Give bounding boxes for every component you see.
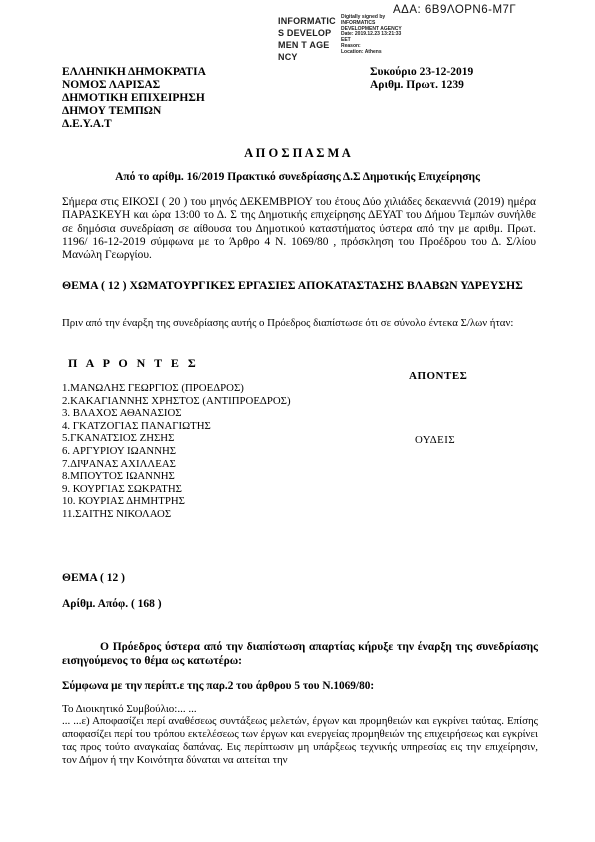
reference-block: Συκούριο 23-12-2019 Αριθμ. Πρωτ. 1239 xyxy=(370,66,473,92)
decision-number-line: Αρίθμ. Απόφ. ( 168 ) xyxy=(62,598,162,610)
absent-heading: ΑΠΟΝΤΕΣ xyxy=(409,370,467,382)
present-member: 9. ΚΟΥΡΓΙΑΣ ΣΩΚΡΑΤΗΣ xyxy=(62,483,291,496)
org-header: ΕΛΛΗΝΙΚΗ ΔΗΜΟΚΡΑΤΙΑ ΝΟΜΟΣ ΛΑΡΙΣΑΣ ΔΗΜΟΤΙ… xyxy=(62,66,206,131)
board-line: Το Διοικητικό Συμβούλιο:... ... xyxy=(62,703,538,715)
intro-paragraph: Σήμερα στις ΕΙΚΟΣΙ ( 20 ) του μηνός ΔΕΚΕ… xyxy=(62,196,536,262)
present-member: 10. ΚΟΥΡΙΑΣ ΔΗΜΗΤΡΗΣ xyxy=(62,495,291,508)
opening-paragraph: Ο Πρόεδρος ύστερα από την διαπίστωση απα… xyxy=(62,641,538,668)
org-header-line: ΔΗΜΟΤΙΚΗ ΕΠΙΧΕΙΡΗΣΗ xyxy=(62,92,206,105)
document-page: ΑΔΑ: 6Β9ΛΟΡΝ6-Μ7Γ INFORMATICS DEVELOPMEN… xyxy=(0,0,595,842)
present-heading: Π Α Ρ Ο Ν Τ Ε Σ xyxy=(68,356,198,371)
excerpt-title: Α Π Ο Σ Π Α Σ Μ Α xyxy=(0,146,595,161)
legal-reference-line: Σύμφωνα με την περίπτ.ε της παρ.2 του άρ… xyxy=(62,680,538,692)
quorum-note: Πριν από την έναρξη της συνεδρίασης αυτή… xyxy=(62,317,538,330)
present-member: 8.ΜΠΟΥΤΟΣ ΙΩΑΝΝΗΣ xyxy=(62,470,291,483)
present-members-list: 1.ΜΑΝΩΛΗΣ ΓΕΩΡΓΙΟΣ (ΠΡΟΕΔΡΟΣ) 2.ΚΑΚΑΓΙΑΝ… xyxy=(62,382,291,521)
protocol-number-line: Αριθμ. Πρωτ. 1239 xyxy=(370,79,473,92)
signature-detail-line: Location: Athens xyxy=(341,50,411,56)
present-member: 3. ΒΛΑΧΟΣ ΑΘΑΝΑΣΙΟΣ xyxy=(62,407,291,420)
present-member: 2.ΚΑΚΑΓΙΑΝΝΗΣ ΧΡΗΣΤΟΣ (ΑΝΤΙΠΡΟΕΔΡΟΣ) xyxy=(62,395,291,408)
place-date-line: Συκούριο 23-12-2019 xyxy=(370,66,473,79)
present-member: 11.ΣΑΙΤΗΣ ΝΙΚΟΛΑΟΣ xyxy=(62,508,291,521)
excerpt-subtitle: Από το αρίθμ. 16/2019 Πρακτικό συνεδρίασ… xyxy=(0,171,595,183)
subject-heading: ΘΕΜΑ ( 12 ) ΧΩΜΑΤΟΥΡΓΙΚΕΣ ΕΡΓΑΣΙΕΣ ΑΠΟΚΑ… xyxy=(62,278,536,292)
present-member: 1.ΜΑΝΩΛΗΣ ΓΕΩΡΓΙΟΣ (ΠΡΟΕΔΡΟΣ) xyxy=(62,382,291,395)
org-header-line: ΕΛΛΗΝΙΚΗ ΔΗΜΟΚΡΑΤΙΑ xyxy=(62,66,206,79)
digital-signature-stamp: INFORMATICS DEVELOPMEN T AGENCY Digitall… xyxy=(278,15,411,63)
org-header-line: ΔΗΜΟΥ ΤΕΜΠΩΝ xyxy=(62,105,206,118)
theme-number-line: ΘΕΜΑ ( 12 ) xyxy=(62,572,125,584)
absent-value: ΟΥΔΕΙΣ xyxy=(415,434,455,446)
signature-details: Digitally signed by INFORMATICS DEVELOPM… xyxy=(341,15,411,63)
signature-detail-line: Date: 2019.12.23 13:21:33 xyxy=(341,32,411,38)
org-header-line: ΝΟΜΟΣ ΛΑΡΙΣΑΣ xyxy=(62,79,206,92)
signature-agency-name: INFORMATICS DEVELOPMEN T AGENCY xyxy=(278,15,336,63)
law-excerpt-paragraph: ... ...ε) Αποφασίζει περί αναθέσεως συντ… xyxy=(62,715,538,767)
ada-code: ΑΔΑ: 6Β9ΛΟΡΝ6-Μ7Γ xyxy=(393,4,516,16)
present-member: 7.ΔΙΨΑΝΑΣ ΑΧΙΛΛΕΑΣ xyxy=(62,458,291,471)
present-member: 4. ΓΚΑΤΖΟΓΙΑΣ ΠΑΝΑΓΙΩΤΗΣ xyxy=(62,420,291,433)
present-member: 5.ΓΚΑΝΑΤΣΙΟΣ ΖΗΣΗΣ xyxy=(62,432,291,445)
present-member: 6. ΑΡΓΥΡΙΟΥ ΙΩΑΝΝΗΣ xyxy=(62,445,291,458)
org-header-line: Δ.Ε.Υ.Α.Τ xyxy=(62,118,206,131)
